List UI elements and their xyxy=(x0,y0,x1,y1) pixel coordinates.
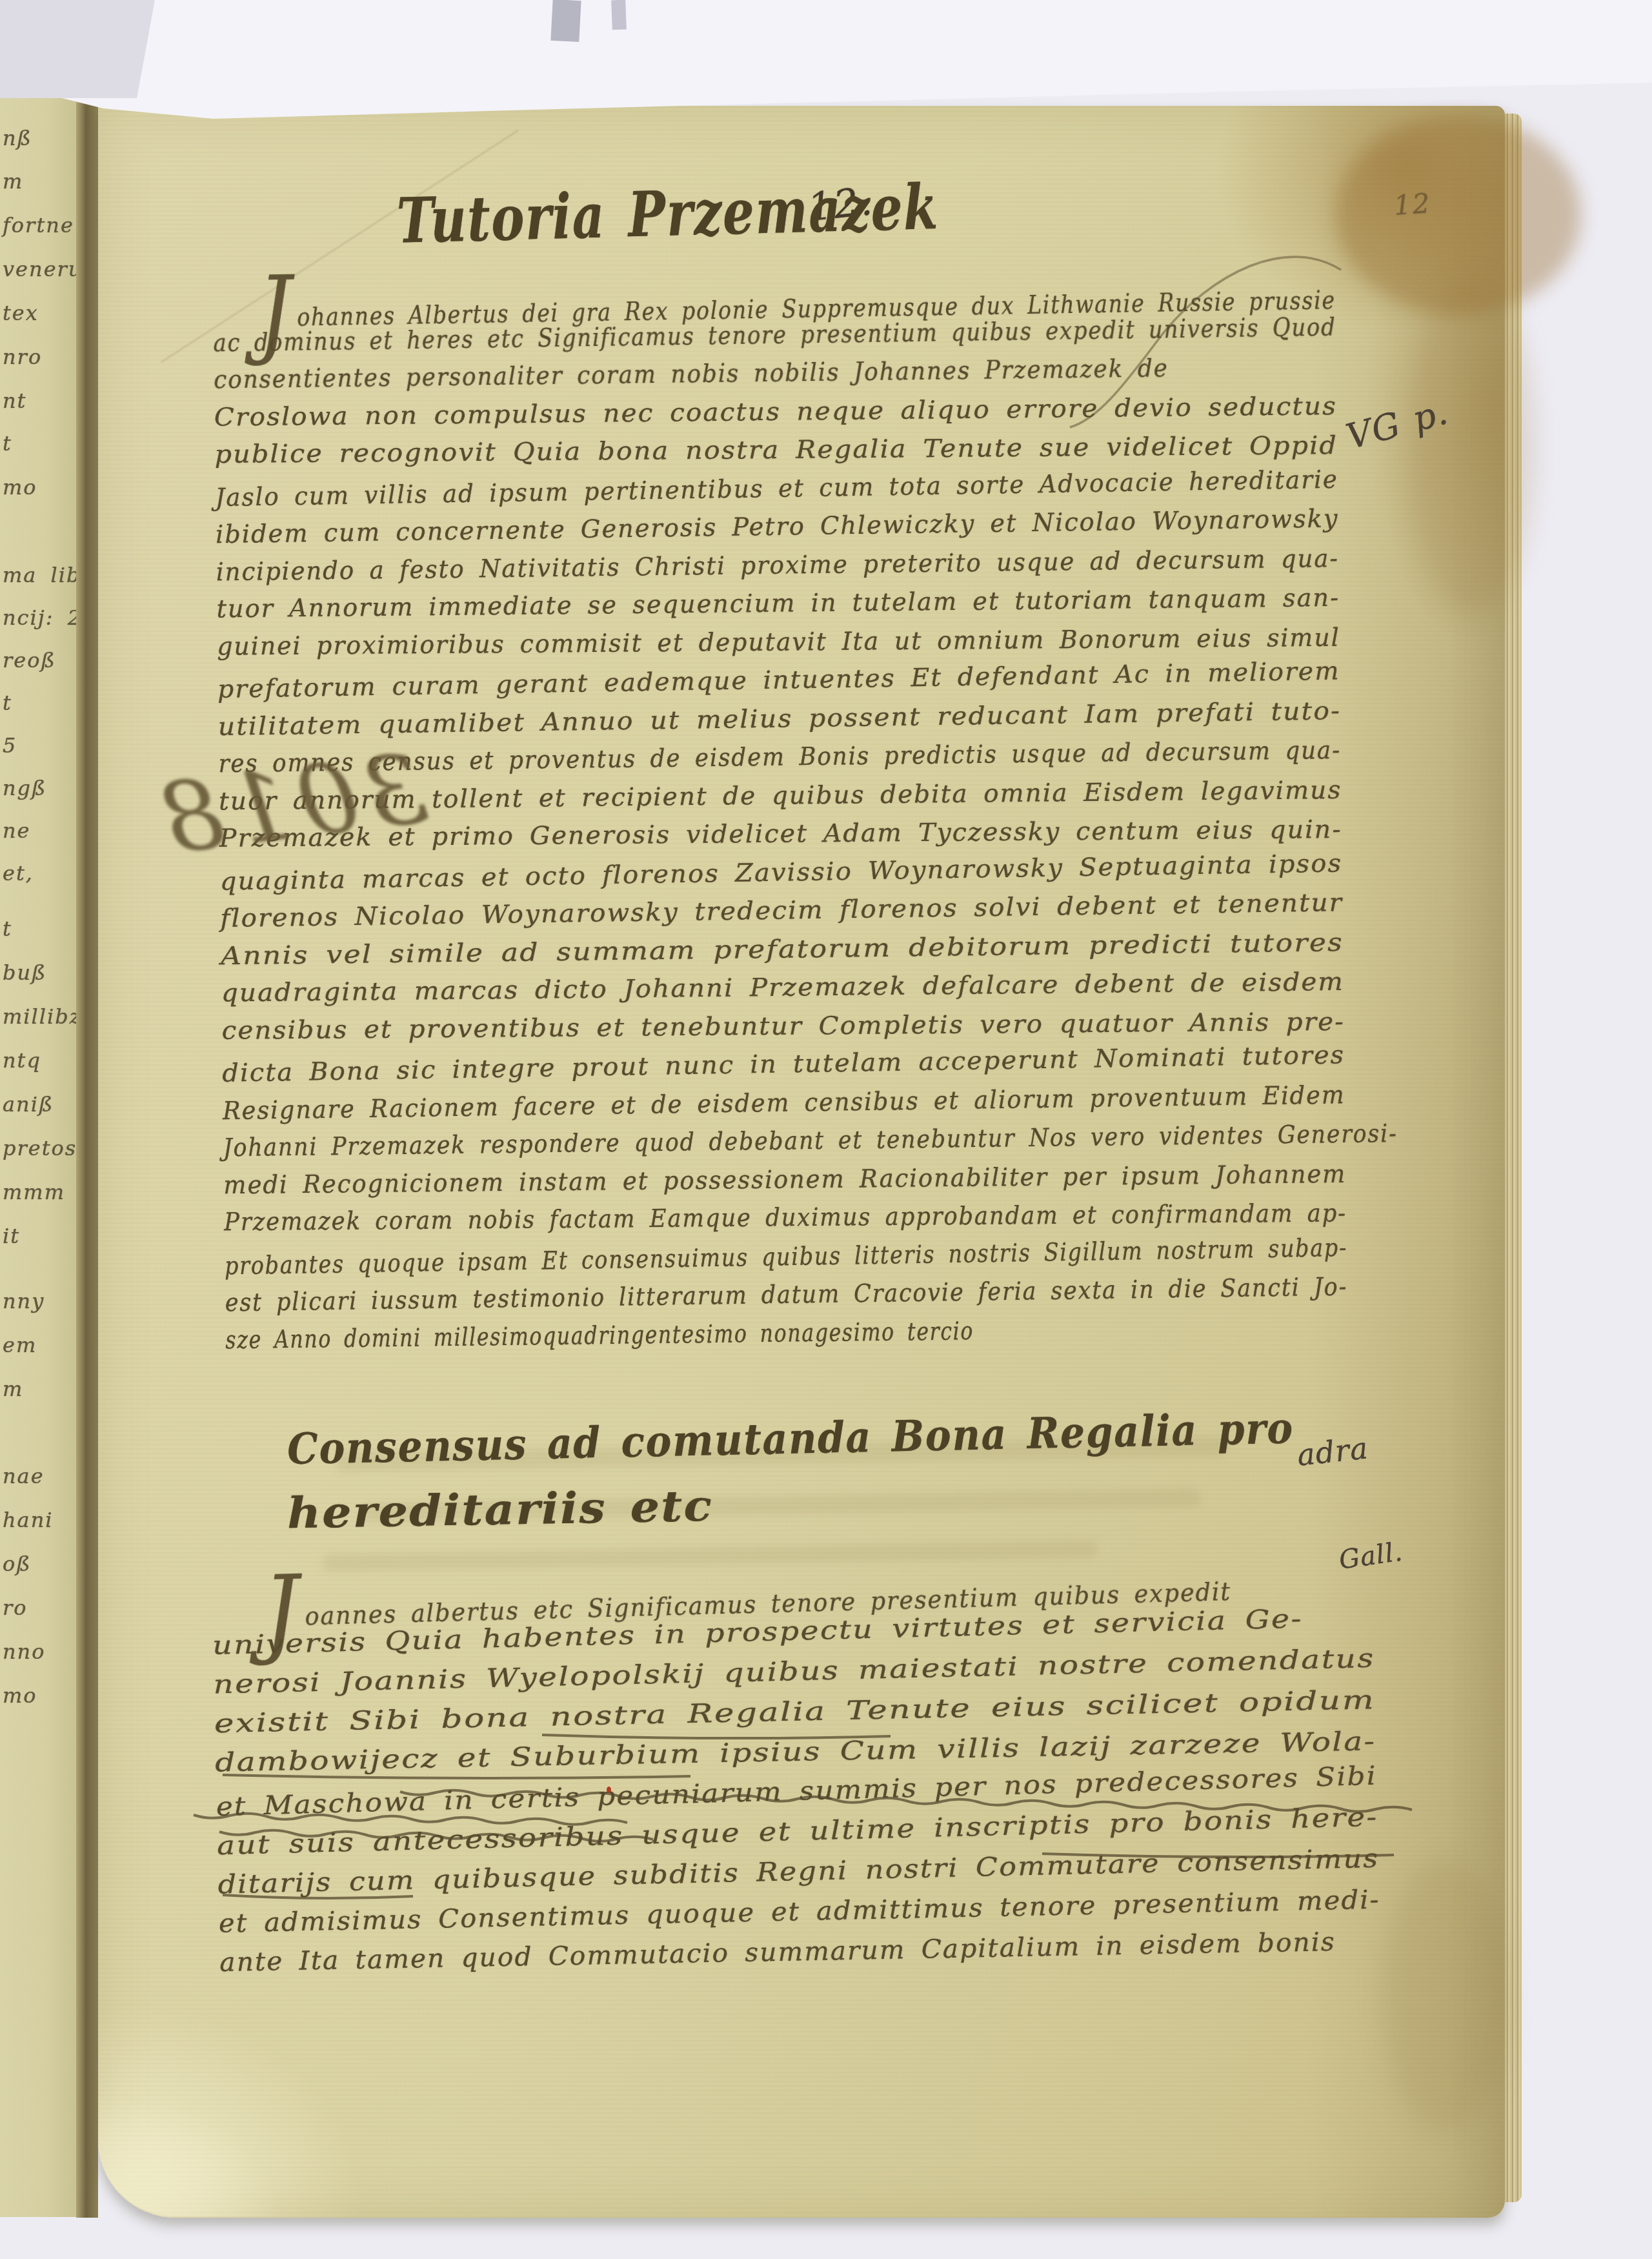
left-page-fragment: nno xyxy=(3,1639,45,1664)
previous-page-edge: nßmfortnevenerut,texnronttmoma libncij: … xyxy=(0,94,76,2217)
heading-consensus-line2: hereditariis etc xyxy=(287,1481,681,1539)
manuscript-scan: nßmfortnevenerut,texnronttmoma libncij: … xyxy=(0,0,1652,2259)
entry1-line: publice recognovit Quia bona nostra Rega… xyxy=(215,434,1264,468)
left-page-fragment: m xyxy=(3,169,23,194)
entry1-line: censibus et proventibus et tenebuntur Co… xyxy=(221,1010,1291,1044)
left-page-fragment: et, xyxy=(3,861,34,886)
left-page-fragment: nny xyxy=(3,1289,45,1313)
left-page-fragment: m xyxy=(3,1377,23,1401)
left-page-fragment: ngß xyxy=(3,776,46,800)
entry2-line: nerosi Joannis Wyelopolskij quibus maies… xyxy=(213,1650,1171,1698)
entry1-line: medi Recognicionem instam et possessione… xyxy=(223,1162,1391,1199)
entry1-line: guinei proximioribus commisit et deputav… xyxy=(217,625,1362,660)
left-page-fragment: 5 xyxy=(3,733,17,758)
left-page-fragment: fortne xyxy=(3,213,74,238)
entry2-line: ante Ita tamen quod Commutacio summarum … xyxy=(219,1930,1316,1976)
entry1-line: prefatorum curam gerant eademque intuent… xyxy=(217,660,1316,702)
entry1-line: Resignare Racionem facere et de eisdem c… xyxy=(223,1082,1398,1124)
entry2-line: dambowijecz et Suburbium ipsius Cum vill… xyxy=(215,1732,1172,1776)
illuminated-initial: J xyxy=(258,312,292,313)
left-page-fragment: t xyxy=(3,431,12,456)
illuminated-initial: J xyxy=(263,1612,300,1613)
left-page-fragment: tex xyxy=(3,301,39,325)
left-page-fragment: t xyxy=(3,917,12,941)
left-page-fragment: em xyxy=(3,1333,37,1357)
left-page-fragment: nß xyxy=(3,126,32,150)
entry1-line: quadraginta marcas dicto Johanni Przemaz… xyxy=(221,971,1287,1006)
ink-fleck xyxy=(607,1787,611,1793)
left-page-fragment: mmm xyxy=(3,1180,65,1204)
left-page-fragment: it xyxy=(3,1224,20,1248)
left-page-fragment: nro xyxy=(3,345,42,369)
binding-gutter xyxy=(76,97,98,2218)
left-page-fragment: mo xyxy=(3,1683,37,1708)
left-page-fragment: ma lib xyxy=(3,563,76,587)
entry1-line: Johanni Przemazek respondere quod debeba… xyxy=(223,1120,1524,1161)
left-page-fragment: nae xyxy=(3,1464,45,1488)
left-page-fragment: reoß xyxy=(3,648,56,673)
entry1-line: Croslowa non compulsus nec coactus neque… xyxy=(214,394,1280,430)
book-clamp xyxy=(611,0,627,30)
entry1-line: consentientes personaliter coram nobis n… xyxy=(214,356,1239,393)
left-page-fragment: t xyxy=(3,691,12,715)
entry1-line: sze Anno domini millesimoquadringentesim… xyxy=(225,1317,1137,1353)
left-page-fragment: millibz xyxy=(3,1004,76,1029)
entry1-line: ibidem cum concernente Generosis Petro C… xyxy=(216,507,1345,548)
entry1-line: Jaslo cum villis ad ipsum pertinentibus … xyxy=(215,467,1378,511)
left-page-fragment: venerut, xyxy=(3,257,76,281)
book-clamp xyxy=(550,0,581,42)
left-page-fragment: oß xyxy=(3,1552,32,1576)
left-page-fragment: nt xyxy=(3,389,26,413)
entry1-line: Przemazek coram nobis factam Eamque duxi… xyxy=(224,1200,1445,1235)
entry2-line: existit Sibi bona nostra Regalia Tenute … xyxy=(214,1692,1114,1737)
entry1-line: dicta Bona sic integre prout nunc in tut… xyxy=(222,1044,1305,1086)
entry-consensus-text: Joannes albertus etc Significamus tenore… xyxy=(211,1565,1447,2044)
left-page-fragment: ro xyxy=(3,1595,28,1620)
left-page-fragment: ncij: 25 xyxy=(3,605,76,630)
entry1-line: tuor Annorum immediate se sequencium in … xyxy=(216,586,1345,622)
left-page-fragment: hani xyxy=(3,1508,54,1532)
left-page-fragment: aniß xyxy=(3,1092,54,1117)
entry1-line: est plicari iussum testimonio litterarum… xyxy=(225,1273,1459,1316)
left-page-fragment: ne xyxy=(3,818,31,843)
page-number-faint: 12 xyxy=(1393,187,1432,221)
cover-sheet-fold xyxy=(0,0,155,98)
page-corner-curl xyxy=(98,2078,305,2216)
margin-note-adra: adra xyxy=(1295,1430,1369,1472)
left-page-fragment: buß xyxy=(3,960,46,985)
entry1-line: Annis vel simile ad summam prefatorum de… xyxy=(221,932,1202,969)
left-page-fragment: ntq xyxy=(3,1048,41,1073)
entry1-line: quaginta marcas et octo florenos Zavissi… xyxy=(219,852,1298,895)
entry1-line: probantes quoque ipsam Et consensuimus q… xyxy=(225,1233,1521,1279)
left-page-fragment: pretos xyxy=(3,1136,76,1160)
left-page-fragment: mo xyxy=(3,475,37,500)
entry1-line: florenos Nicolao Woynarowsky tredecim fl… xyxy=(220,891,1287,931)
entry1-line: incipiendo a festo Nativitatis Christi p… xyxy=(216,546,1381,585)
entry1-line: utilitatem quamlibet Annuo ut melius pos… xyxy=(218,700,1275,740)
